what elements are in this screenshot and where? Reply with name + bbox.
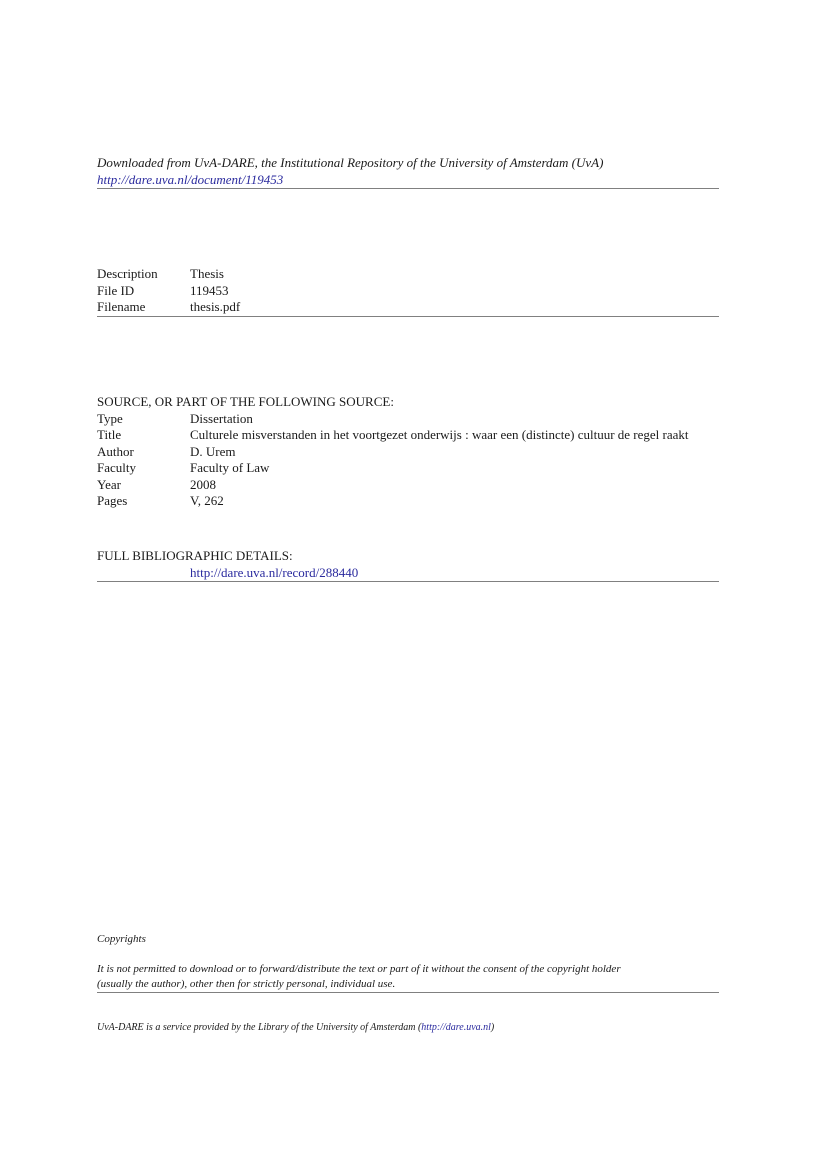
source-heading: SOURCE, OR PART OF THE FOLLOWING SOURCE:: [97, 394, 719, 411]
field-label: Title: [97, 427, 190, 444]
source-row-type: Type Dissertation: [97, 411, 719, 428]
field-label: Type: [97, 411, 190, 428]
bibliographic-heading: FULL BIBLIOGRAPHIC DETAILS:: [97, 548, 719, 565]
file-info-table: Description Thesis File ID 119453 Filena…: [97, 266, 719, 316]
field-value: Faculty of Law: [190, 460, 719, 477]
copyright-text-line-2: (usually the author), other then for str…: [97, 977, 719, 992]
field-value: 119453: [190, 283, 719, 300]
field-label: Description: [97, 266, 190, 283]
field-label: Faculty: [97, 460, 190, 477]
footer-text-end: ): [491, 1022, 494, 1033]
field-label: Author: [97, 444, 190, 461]
field-value: Dissertation: [190, 411, 719, 428]
file-info-row-description: Description Thesis: [97, 266, 719, 283]
bibliographic-divider: [97, 581, 719, 582]
source-section: SOURCE, OR PART OF THE FOLLOWING SOURCE:…: [97, 394, 719, 510]
field-value: V, 262: [190, 493, 719, 510]
source-row-faculty: Faculty Faculty of Law: [97, 460, 719, 477]
source-row-pages: Pages V, 262: [97, 493, 719, 510]
field-label: Pages: [97, 493, 190, 510]
copyright-divider: [97, 992, 719, 993]
field-value: Thesis: [190, 266, 719, 283]
field-value: thesis.pdf: [190, 299, 719, 316]
file-info-divider: [97, 316, 719, 317]
document-link[interactable]: http://dare.uva.nl/document/119453: [97, 172, 283, 187]
file-info-row-file-id: File ID 119453: [97, 283, 719, 300]
field-label: File ID: [97, 283, 190, 300]
spacer: [97, 565, 190, 582]
footer-text: UvA-DARE is a service provided by the Li…: [97, 1022, 421, 1033]
field-label: Filename: [97, 299, 190, 316]
source-row-year: Year 2008: [97, 477, 719, 494]
field-value: Culturele misverstanden in het voortgeze…: [190, 427, 719, 444]
downloaded-from-text: Downloaded from UvA-DARE, the Institutio…: [97, 155, 719, 172]
field-label: Year: [97, 477, 190, 494]
record-link[interactable]: http://dare.uva.nl/record/288440: [190, 565, 719, 582]
source-row-author: Author D. Urem: [97, 444, 719, 461]
footer-note: UvA-DARE is a service provided by the Li…: [97, 1021, 719, 1035]
copyright-heading: Copyrights: [97, 932, 719, 947]
download-source-header: Downloaded from UvA-DARE, the Institutio…: [97, 155, 719, 188]
bibliographic-section: FULL BIBLIOGRAPHIC DETAILS: http://dare.…: [97, 548, 719, 581]
source-row-title: Title Culturele misverstanden in het voo…: [97, 427, 719, 444]
header-divider: [97, 188, 719, 189]
bibliographic-link-row: http://dare.uva.nl/record/288440: [97, 565, 719, 582]
copyright-text-line-1: It is not permitted to download or to fo…: [97, 962, 719, 977]
file-info-row-filename: Filename thesis.pdf: [97, 299, 719, 316]
footer-link[interactable]: http://dare.uva.nl: [421, 1022, 491, 1033]
field-value: D. Urem: [190, 444, 719, 461]
copyright-notice: It is not permitted to download or to fo…: [97, 962, 719, 991]
field-value: 2008: [190, 477, 719, 494]
